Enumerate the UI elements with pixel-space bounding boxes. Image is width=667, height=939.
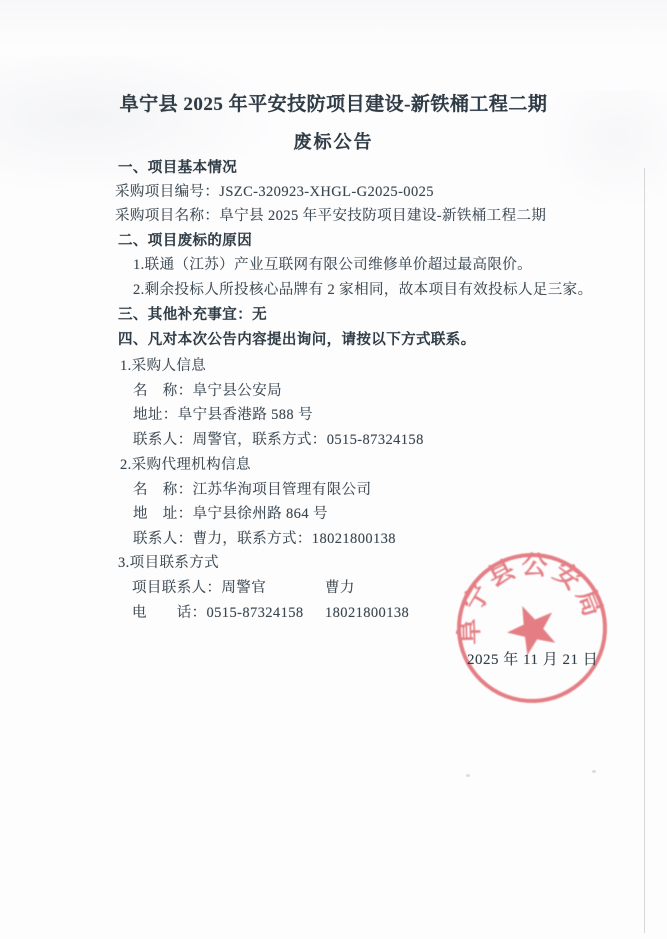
buyer-contact-line: 联系人：周警官，联系方式：0515-87324158 [133, 430, 424, 450]
scan-speck [466, 774, 470, 777]
agency-info-heading: 2.采购代理机构信息 [120, 455, 251, 475]
section-2-heading: 二、项目废标的原因 [118, 231, 252, 251]
buyer-address-line: 地址：阜宁县香港路 588 号 [133, 405, 313, 425]
contact-phone-2: 18021800138 [325, 603, 409, 623]
scan-speck [592, 770, 596, 773]
scanned-document-page: 阜宁县 2025 年平安技防项目建设-新铁桶工程二期 废标公告 一、项目基本情况… [0, 0, 667, 939]
section-3-heading: 三、其他补充事宜：无 [118, 305, 267, 325]
page-subtitle: 废标公告 [0, 128, 667, 154]
buyer-name-line: 名 称：阜宁县公安局 [133, 381, 282, 401]
agency-address-line: 地 址：阜宁县徐州路 864 号 [133, 504, 328, 524]
contact-person-1: 项目联系人：周警官 [132, 578, 266, 598]
buyer-info-heading: 1.采购人信息 [120, 356, 206, 376]
scan-edge-line [644, 168, 645, 933]
cancellation-reason-1: 1.联通（江苏）产业互联网有限公司维修单价超过最高限价。 [133, 255, 532, 275]
section-1-heading: 一、项目基本情况 [118, 158, 237, 178]
page-title: 阜宁县 2025 年平安技防项目建设-新铁桶工程二期 [0, 89, 667, 116]
agency-name-line: 名 称：江苏华洵项目管理有限公司 [133, 480, 371, 500]
project-contact-heading: 3.项目联系方式 [118, 553, 219, 573]
agency-contact-line: 联系人：曹力，联系方式：18021800138 [133, 529, 396, 549]
announcement-date: 2025 年 11 月 21 日 [467, 648, 598, 669]
project-name-line: 采购项目名称：阜宁县 2025 年平安技防项目建设-新铁桶工程二期 [115, 206, 546, 226]
seal-graphic: 阜宁县公安局 [426, 522, 637, 733]
contact-phone-1: 电 话：0515-87324158 [132, 603, 304, 623]
cancellation-reason-2: 2.剩余投标人所投核心品牌有 2 家相同，故本项目有效投标人足三家。 [133, 280, 592, 300]
scan-smudge [0, 0, 667, 46]
project-number-line: 采购项目编号：JSZC-320923-XHGL-G2025-0025 [115, 182, 434, 202]
section-4-heading: 四、凡对本次公告内容提出询问，请按以下方式联系。 [118, 330, 476, 350]
official-seal: 阜宁县公安局 [426, 522, 637, 733]
contact-person-2: 曹力 [325, 578, 355, 598]
